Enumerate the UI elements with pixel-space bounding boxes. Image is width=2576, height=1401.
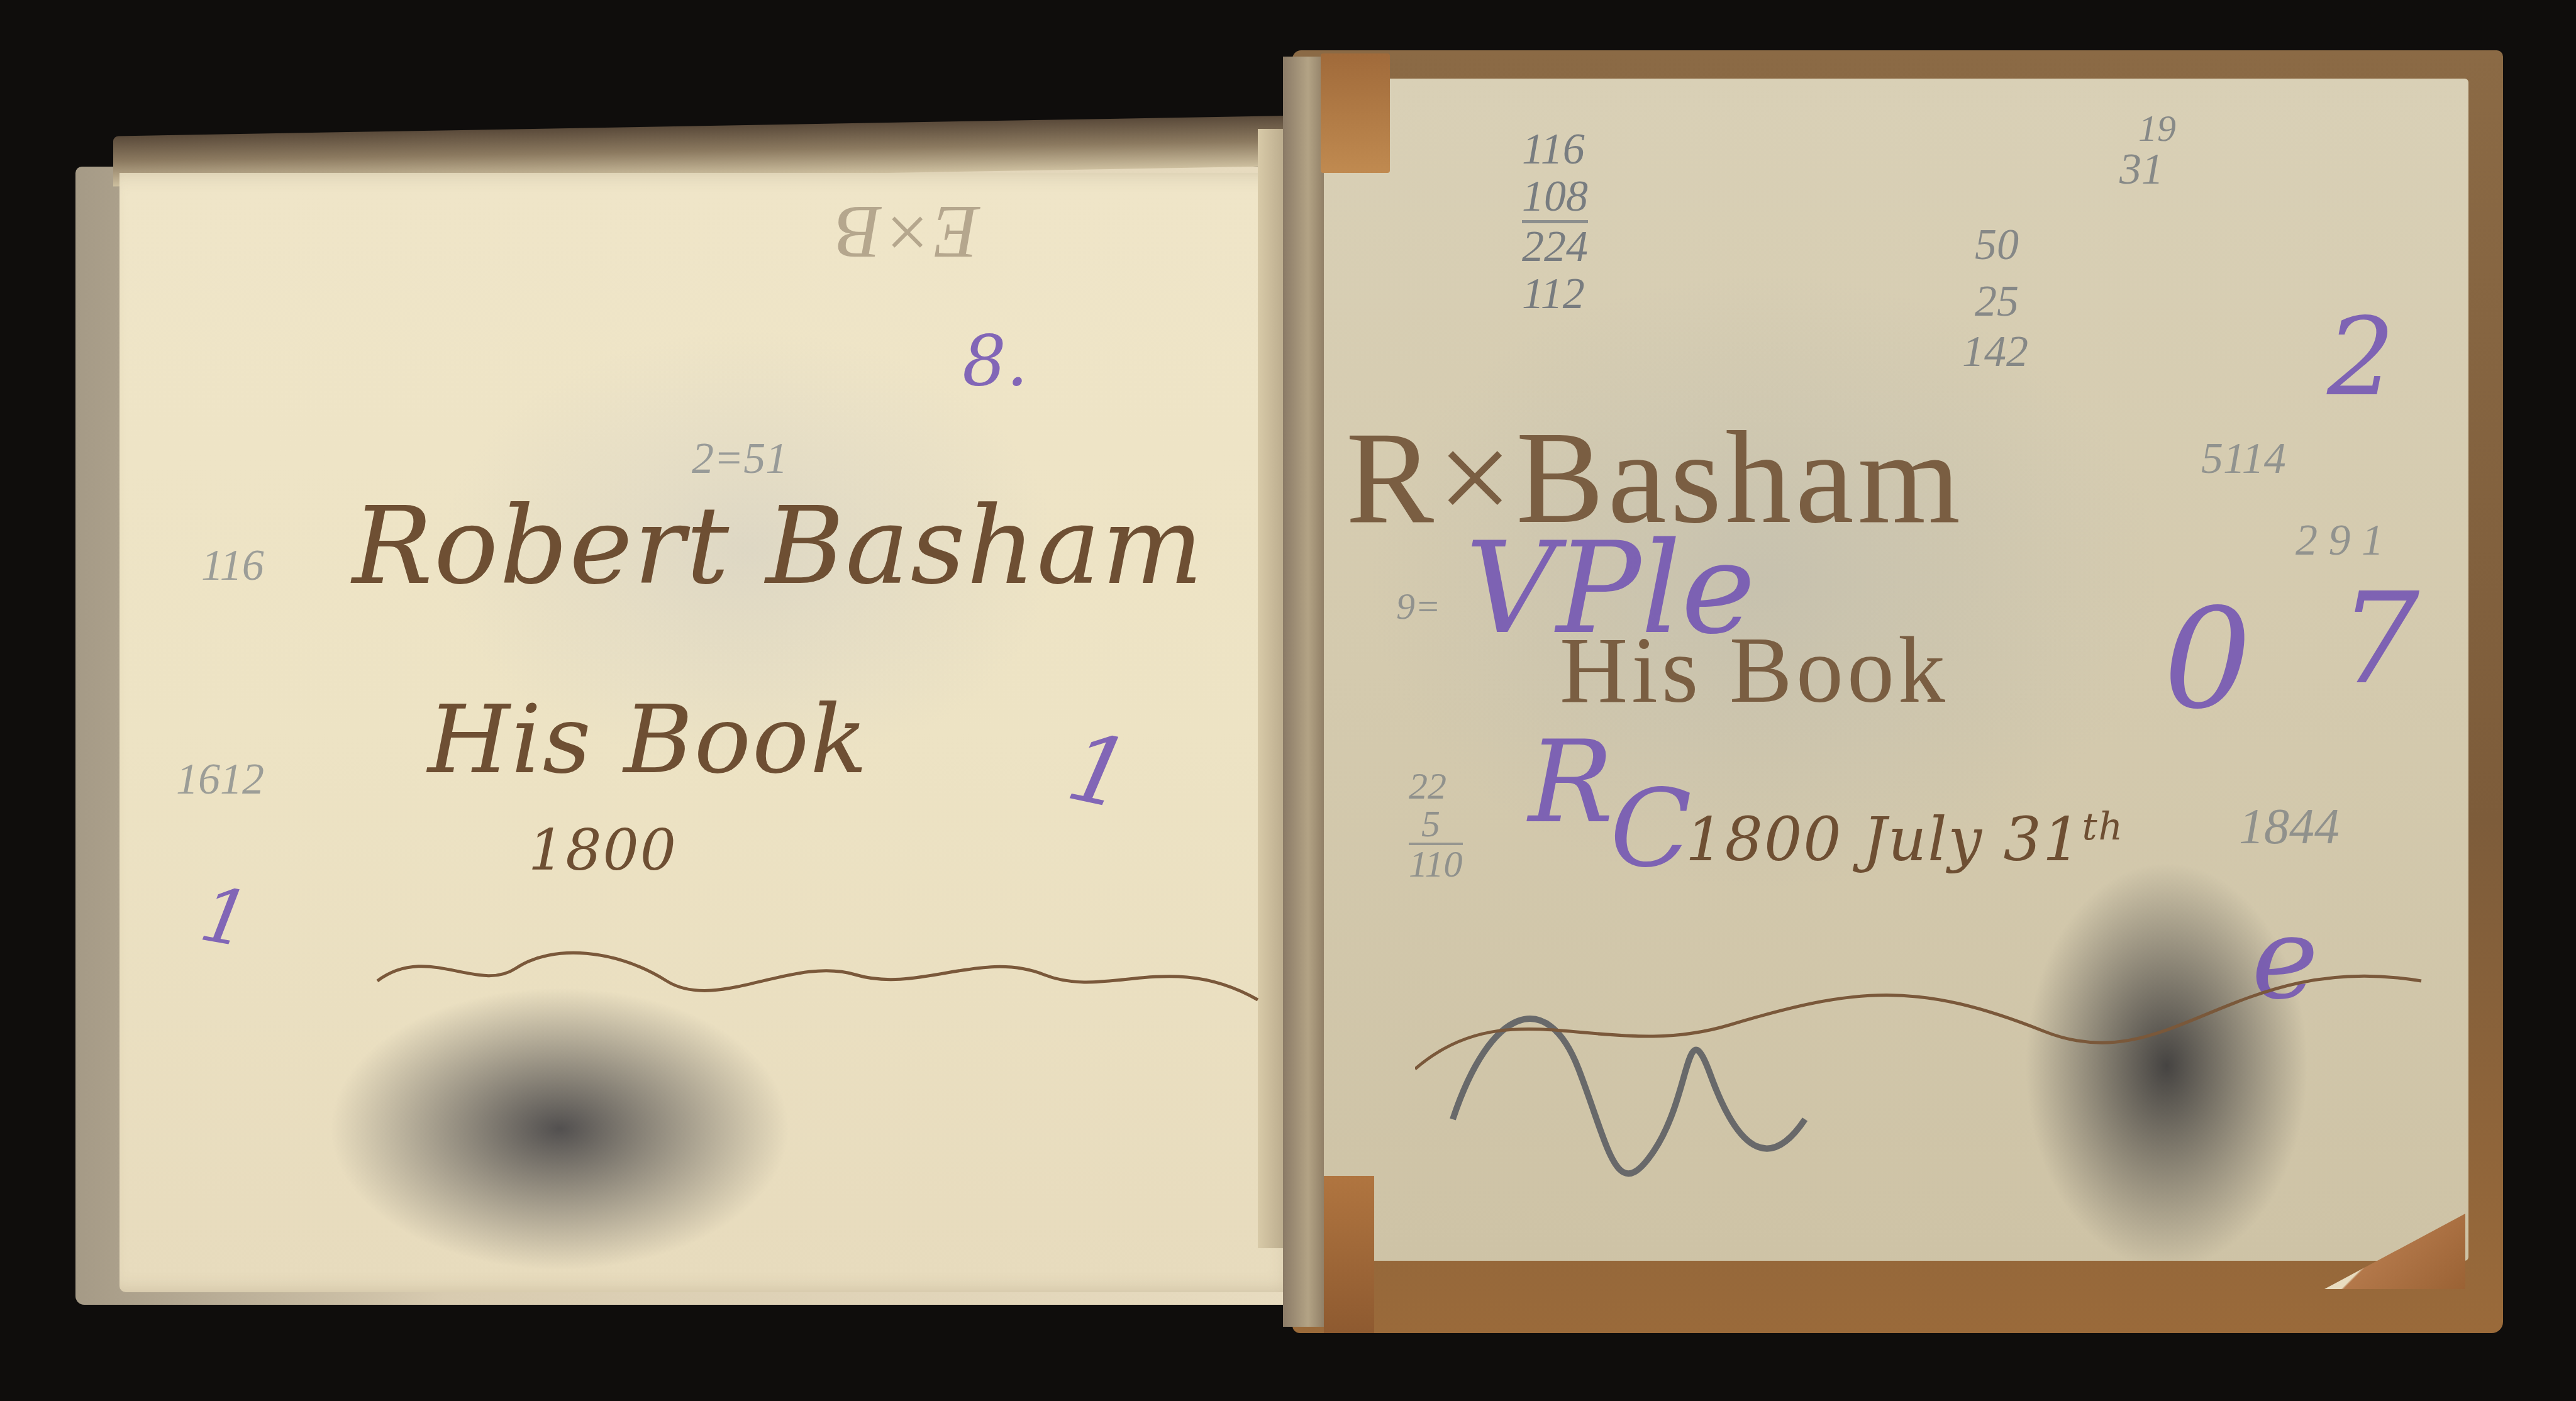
- sum-line: 224: [1522, 223, 1588, 270]
- inscription-year: 1800: [528, 817, 677, 883]
- pencil-sum: 31: [2119, 145, 2163, 195]
- decorative-flourish: [352, 943, 1296, 1044]
- pencil-sum: 1844: [2239, 799, 2340, 856]
- sum-line: 108: [1522, 173, 1588, 223]
- pencil-sum: 50: [1975, 220, 2019, 270]
- sum-line: 5: [1409, 805, 1463, 845]
- date-line: 1800 July 31th: [1685, 805, 2124, 875]
- pencil-sum: 5114: [2201, 434, 2286, 484]
- sum-line: 116: [1522, 126, 1588, 173]
- inscription-name: Robert Basham: [352, 484, 1204, 609]
- open-notebook-photo: E×B 2=51 116 1612 Robert Basham His Book…: [0, 0, 2576, 1401]
- violet-scribble: C: [1610, 767, 1692, 892]
- violet-mark: 8.: [962, 321, 1028, 401]
- spine-patch: [1321, 53, 1390, 173]
- violet-scribble: 7: [2340, 566, 2419, 712]
- sum-line: 110: [1409, 845, 1463, 883]
- pencil-sum: 25: [1975, 277, 2019, 327]
- inscription-subtitle: His Book: [428, 685, 869, 795]
- date-suffix: th: [2082, 805, 2124, 849]
- pencil-sum: 2 9 1: [2296, 516, 2384, 566]
- pencil-note: 9=: [1396, 585, 1441, 628]
- pencil-sum: 22 5 110: [1409, 767, 1463, 883]
- pencil-note: 1612: [176, 755, 264, 805]
- violet-scribble: 0: [2163, 579, 2251, 739]
- pencil-note: 2=51: [692, 434, 787, 484]
- sum-line: 22: [1409, 767, 1463, 805]
- faint-monogram: E×B: [836, 189, 980, 275]
- graphite-scribble: [1415, 912, 2453, 1226]
- sum-line: 112: [1522, 270, 1588, 318]
- pencil-sum: 116 108 224 112: [1522, 126, 1588, 318]
- violet-scribble: 2: [2327, 296, 2395, 420]
- violet-scribble: VPle: [1465, 516, 1755, 662]
- spine-patch: [1324, 1176, 1374, 1333]
- date-text: 1800 July 31: [1685, 806, 2082, 875]
- pencil-sum: 142: [1962, 327, 2028, 377]
- violet-scribble: R: [1528, 717, 1614, 848]
- pencil-note: 116: [201, 541, 264, 591]
- pencil-sum: 19: [2138, 107, 2176, 150]
